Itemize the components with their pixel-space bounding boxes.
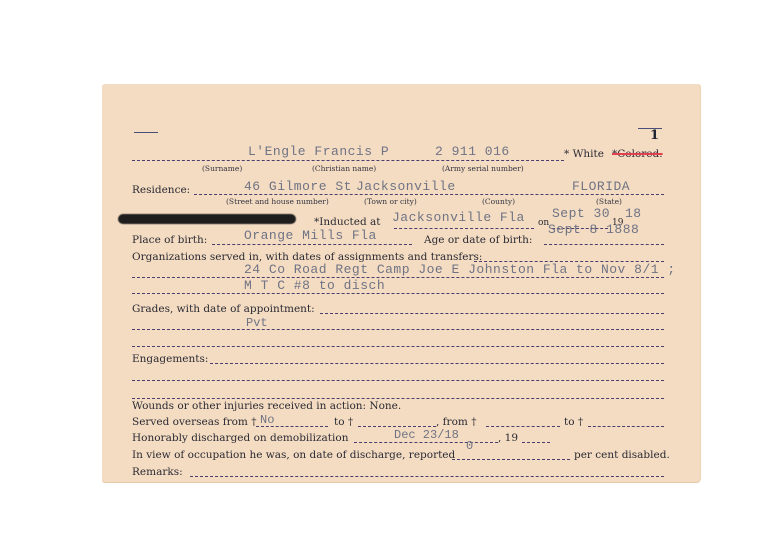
- town-caption: (Town or city): [364, 197, 417, 206]
- white-label: * White: [564, 148, 604, 160]
- name-line: [132, 160, 564, 161]
- serial-caption: (Army serial number): [442, 164, 524, 173]
- overseas-to2-line: [588, 426, 664, 427]
- colored-label: *Colored.: [612, 148, 663, 160]
- discharge-year-label: , 19: [498, 432, 518, 444]
- induction-year: 18: [625, 206, 642, 221]
- disability-value: 0: [466, 439, 473, 453]
- engagements-label: Engagements:: [132, 353, 208, 365]
- induction-date: Sept 30: [552, 206, 610, 221]
- residence-town: Jacksonville: [356, 179, 456, 194]
- residence-street: 46 Gilmore St: [244, 179, 352, 194]
- card-number: 1: [650, 128, 659, 143]
- street-caption: (Street and house number): [226, 197, 329, 206]
- overseas-to2-label: to †: [564, 416, 583, 428]
- disability-line: [452, 459, 570, 460]
- overseas-to-label: to †: [334, 416, 353, 428]
- discharge-date-line: [354, 442, 498, 443]
- engagements-line-0: [210, 363, 664, 364]
- remarks-label: Remarks:: [132, 466, 183, 478]
- disability-suffix: per cent disabled.: [574, 449, 670, 461]
- remarks-line: [190, 476, 664, 477]
- organizations-line-1: [132, 277, 664, 278]
- engagements-line-2: [132, 398, 664, 399]
- grades-line-1: [132, 329, 664, 330]
- overseas-from2-line: [486, 426, 560, 427]
- discharge-label: Honorably discharged on demobilization: [132, 432, 348, 444]
- redacted-text: [118, 214, 296, 224]
- grades-label: Grades, with date of appointment:: [132, 303, 315, 315]
- overseas-to-line: [358, 426, 436, 427]
- inducted-place: Jacksonville Fla: [392, 210, 525, 225]
- birth-date: Sept 8 1888: [548, 222, 639, 237]
- birth-date-line: [544, 244, 664, 245]
- wounds-text: Wounds or other injuries received in act…: [132, 400, 401, 412]
- name-value: L'Engle Francis P: [248, 144, 389, 159]
- overseas-label: Served overseas from †: [132, 416, 256, 428]
- organization-entry-1: 24 Co Road Regt Camp Joe E Johnston Fla …: [244, 262, 676, 277]
- service-record-card: L'Engle Francis P 1 L'Engle Francis P 2 …: [102, 84, 700, 482]
- grades-line-0: [320, 313, 664, 314]
- birth-place: Orange Mills Fla: [244, 228, 377, 243]
- state-caption: (State): [596, 197, 622, 206]
- grades-line-2: [132, 346, 664, 347]
- overseas-from2-label: , from †: [436, 416, 476, 428]
- county-caption: (County): [482, 197, 515, 206]
- grade-value: Pvt: [246, 316, 268, 330]
- discharge-date: Dec 23/18: [394, 428, 459, 442]
- organization-entry-2: M T C #8 to disch: [244, 278, 385, 293]
- serial-number: 2 911 016: [435, 144, 510, 159]
- disability-label: In view of occupation he was, on date of…: [132, 449, 455, 461]
- surname-caption: (Surname): [202, 164, 242, 173]
- discharge-year-line: [522, 442, 550, 443]
- inducted-label: *Inducted at: [314, 216, 381, 228]
- top-left-rule: [134, 132, 158, 133]
- engagements-line-1: [132, 380, 664, 381]
- residence-state: FLORIDA: [572, 179, 630, 194]
- residence-line: [194, 194, 664, 195]
- birth-place-label: Place of birth:: [132, 234, 207, 246]
- overseas-value: No: [260, 413, 274, 427]
- organizations-line-2: [132, 293, 664, 294]
- age-label: Age or date of birth:: [424, 234, 532, 246]
- christian-name-caption: (Christian name): [312, 164, 376, 173]
- residence-label: Residence:: [132, 184, 190, 196]
- birth-place-line: [212, 244, 412, 245]
- inducted-place-line: [394, 228, 534, 229]
